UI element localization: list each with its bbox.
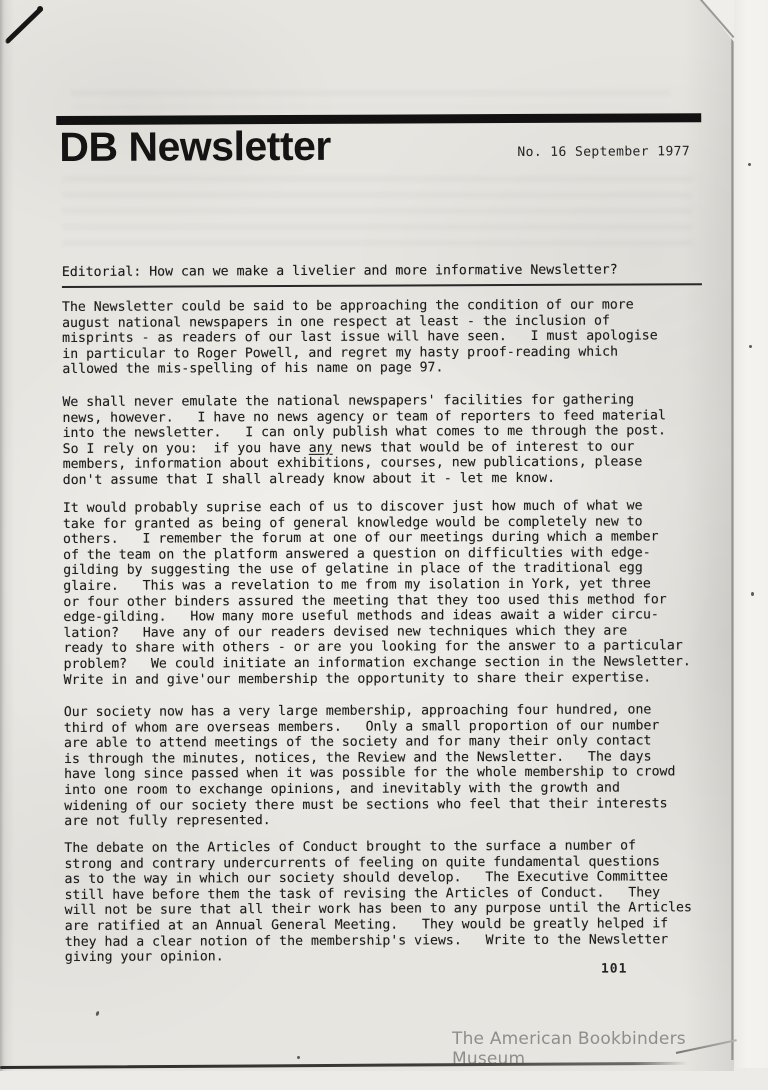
scan-speck	[748, 163, 751, 166]
scanner-background-bottom	[0, 1068, 768, 1090]
scan-speck	[297, 1056, 300, 1059]
editorial-paragraph-4: Our society now has a very large members…	[64, 702, 725, 830]
editorial-paragraph-3: It would probably suprise each of us to …	[63, 498, 724, 688]
editorial-paragraph-5: The debate on the Articles of Conduct br…	[64, 838, 725, 966]
paper-edge-left	[0, 0, 7, 1071]
typed-content: DB Newsletter No. 16 September 1977 Edit…	[0, 0, 737, 1071]
scan-speck	[751, 592, 754, 596]
paper-edge-right	[731, 30, 734, 1060]
page-number: 101	[601, 962, 628, 977]
scan-speck	[749, 345, 752, 348]
editorial-paragraph-2: We shall never emulate the national news…	[62, 392, 722, 488]
issue-number: No. 16 September 1977	[517, 144, 690, 160]
newsletter-paper: DB Newsletter No. 16 September 1977 Edit…	[0, 0, 734, 1071]
editorial-heading: Editorial: How can we make a livelier an…	[62, 263, 702, 288]
underlined-word: any	[309, 441, 333, 456]
editorial-heading-text: Editorial: How can we make a livelier an…	[62, 263, 618, 280]
scanner-background-right	[734, 0, 768, 1090]
scanned-newsletter-page: DB Newsletter No. 16 September 1977 Edit…	[0, 0, 768, 1090]
newsletter-title: DB Newsletter	[59, 123, 331, 171]
editorial-paragraph-1: The Newsletter could be said to be appro…	[62, 297, 722, 378]
